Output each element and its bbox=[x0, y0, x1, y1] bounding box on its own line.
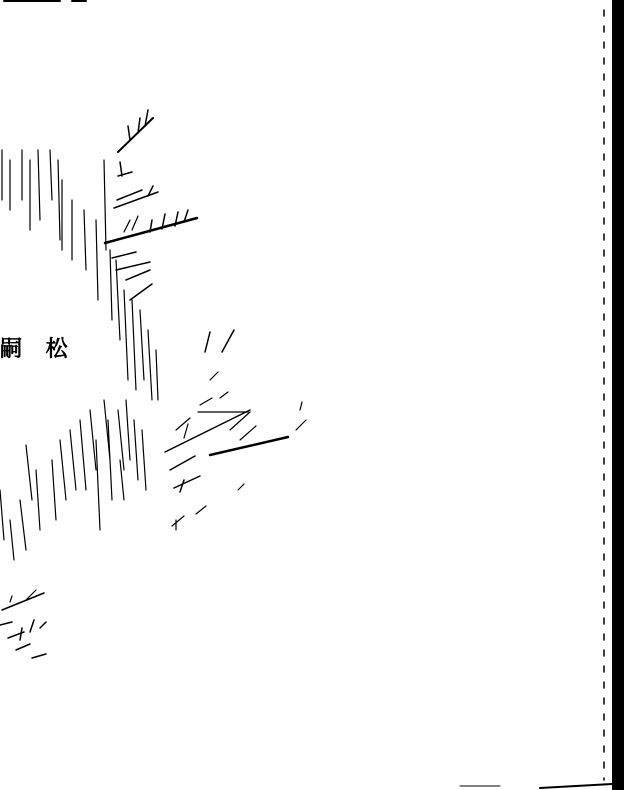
book-spine-edge bbox=[612, 0, 624, 790]
middle-branch bbox=[165, 330, 306, 530]
upper-branch bbox=[105, 110, 197, 300]
trunk-hatching-upper bbox=[2, 150, 158, 400]
trunk-hatching-lower bbox=[0, 400, 146, 560]
pine-branch-painting bbox=[0, 0, 624, 790]
bottom-edge-shadow bbox=[460, 784, 612, 788]
lower-left-branch bbox=[0, 590, 46, 658]
seal-inscription: 嗣 松 bbox=[0, 338, 76, 360]
